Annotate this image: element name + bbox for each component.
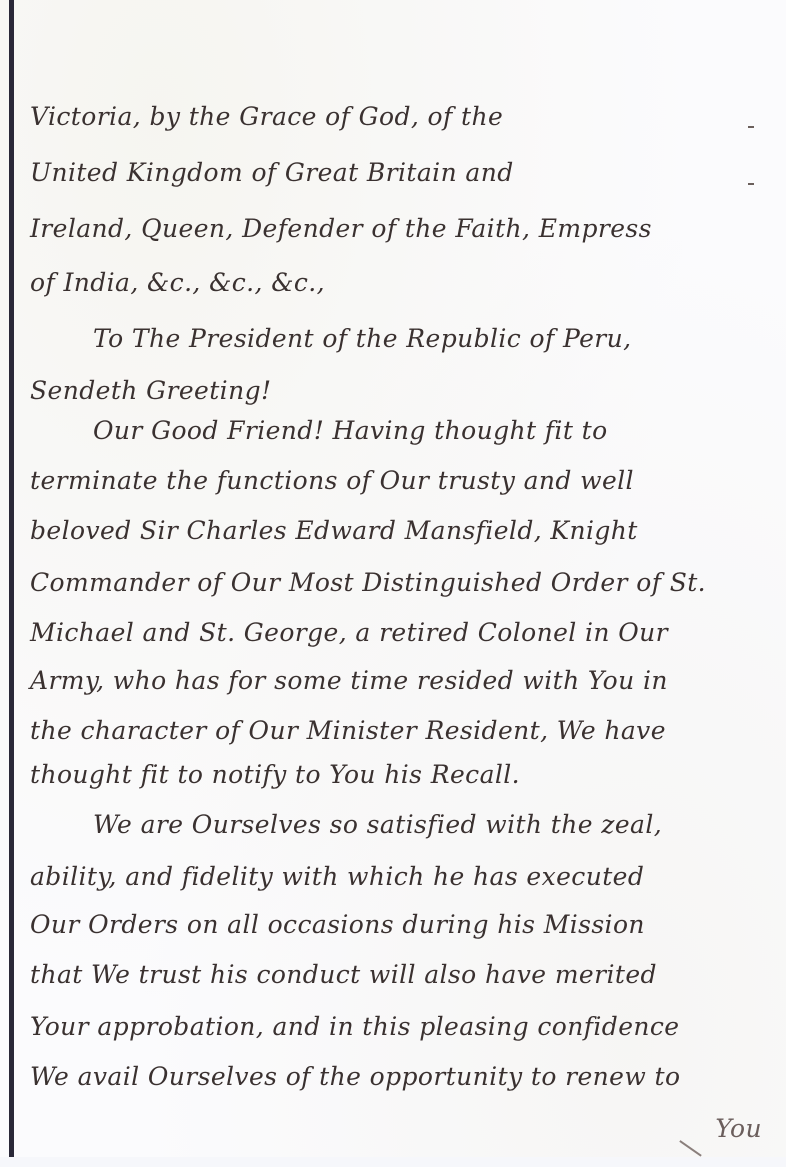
text-line-16: ability, and fidelity with which he has …	[30, 864, 644, 889]
catchword: You	[715, 1116, 762, 1141]
addressee-line: To The President of the Republic of Peru…	[93, 326, 631, 351]
page-binding-edge	[9, 0, 14, 1157]
text-line-1: Victoria, by the Grace of God, of the	[30, 104, 503, 129]
text-line-7: Our Good Friend! Having thought fit to	[93, 418, 608, 443]
text-line-3: Ireland, Queen, Defender of the Faith, E…	[30, 216, 652, 241]
text-line-20: We avail Ourselves of the opportunity to…	[30, 1064, 680, 1089]
text-line-4: of India, &c., &c., &c.,	[30, 270, 325, 295]
text-line-18: that We trust his conduct will also have…	[30, 962, 657, 987]
text-line-12: Army, who has for some time resided with…	[30, 668, 668, 693]
text-line-15: We are Ourselves so satisfied with the z…	[93, 812, 662, 837]
text-line-11: Michael and St. George, a retired Colone…	[30, 620, 668, 645]
text-line-13: the character of Our Minister Resident, …	[30, 718, 666, 743]
text-line-2: United Kingdom of Great Britain and	[30, 160, 514, 185]
line-filler-mark	[748, 126, 754, 128]
text-line-19: Your approbation, and in this pleasing c…	[30, 1014, 679, 1039]
text-line-17: Our Orders on all occasions during his M…	[30, 912, 645, 937]
letter-page: Victoria, by the Grace of God, of the Un…	[0, 0, 786, 1157]
text-line-9: beloved Sir Charles Edward Mansfield, Kn…	[30, 518, 638, 543]
line-filler-mark	[748, 183, 754, 185]
pen-stroke-mark	[680, 1140, 702, 1156]
greeting-line: Sendeth Greeting!	[30, 378, 271, 403]
text-line-14: thought fit to notify to You his Recall.	[30, 762, 520, 787]
text-line-10: Commander of Our Most Distinguished Orde…	[30, 570, 706, 595]
text-line-8: terminate the functions of Our trusty an…	[30, 468, 634, 493]
